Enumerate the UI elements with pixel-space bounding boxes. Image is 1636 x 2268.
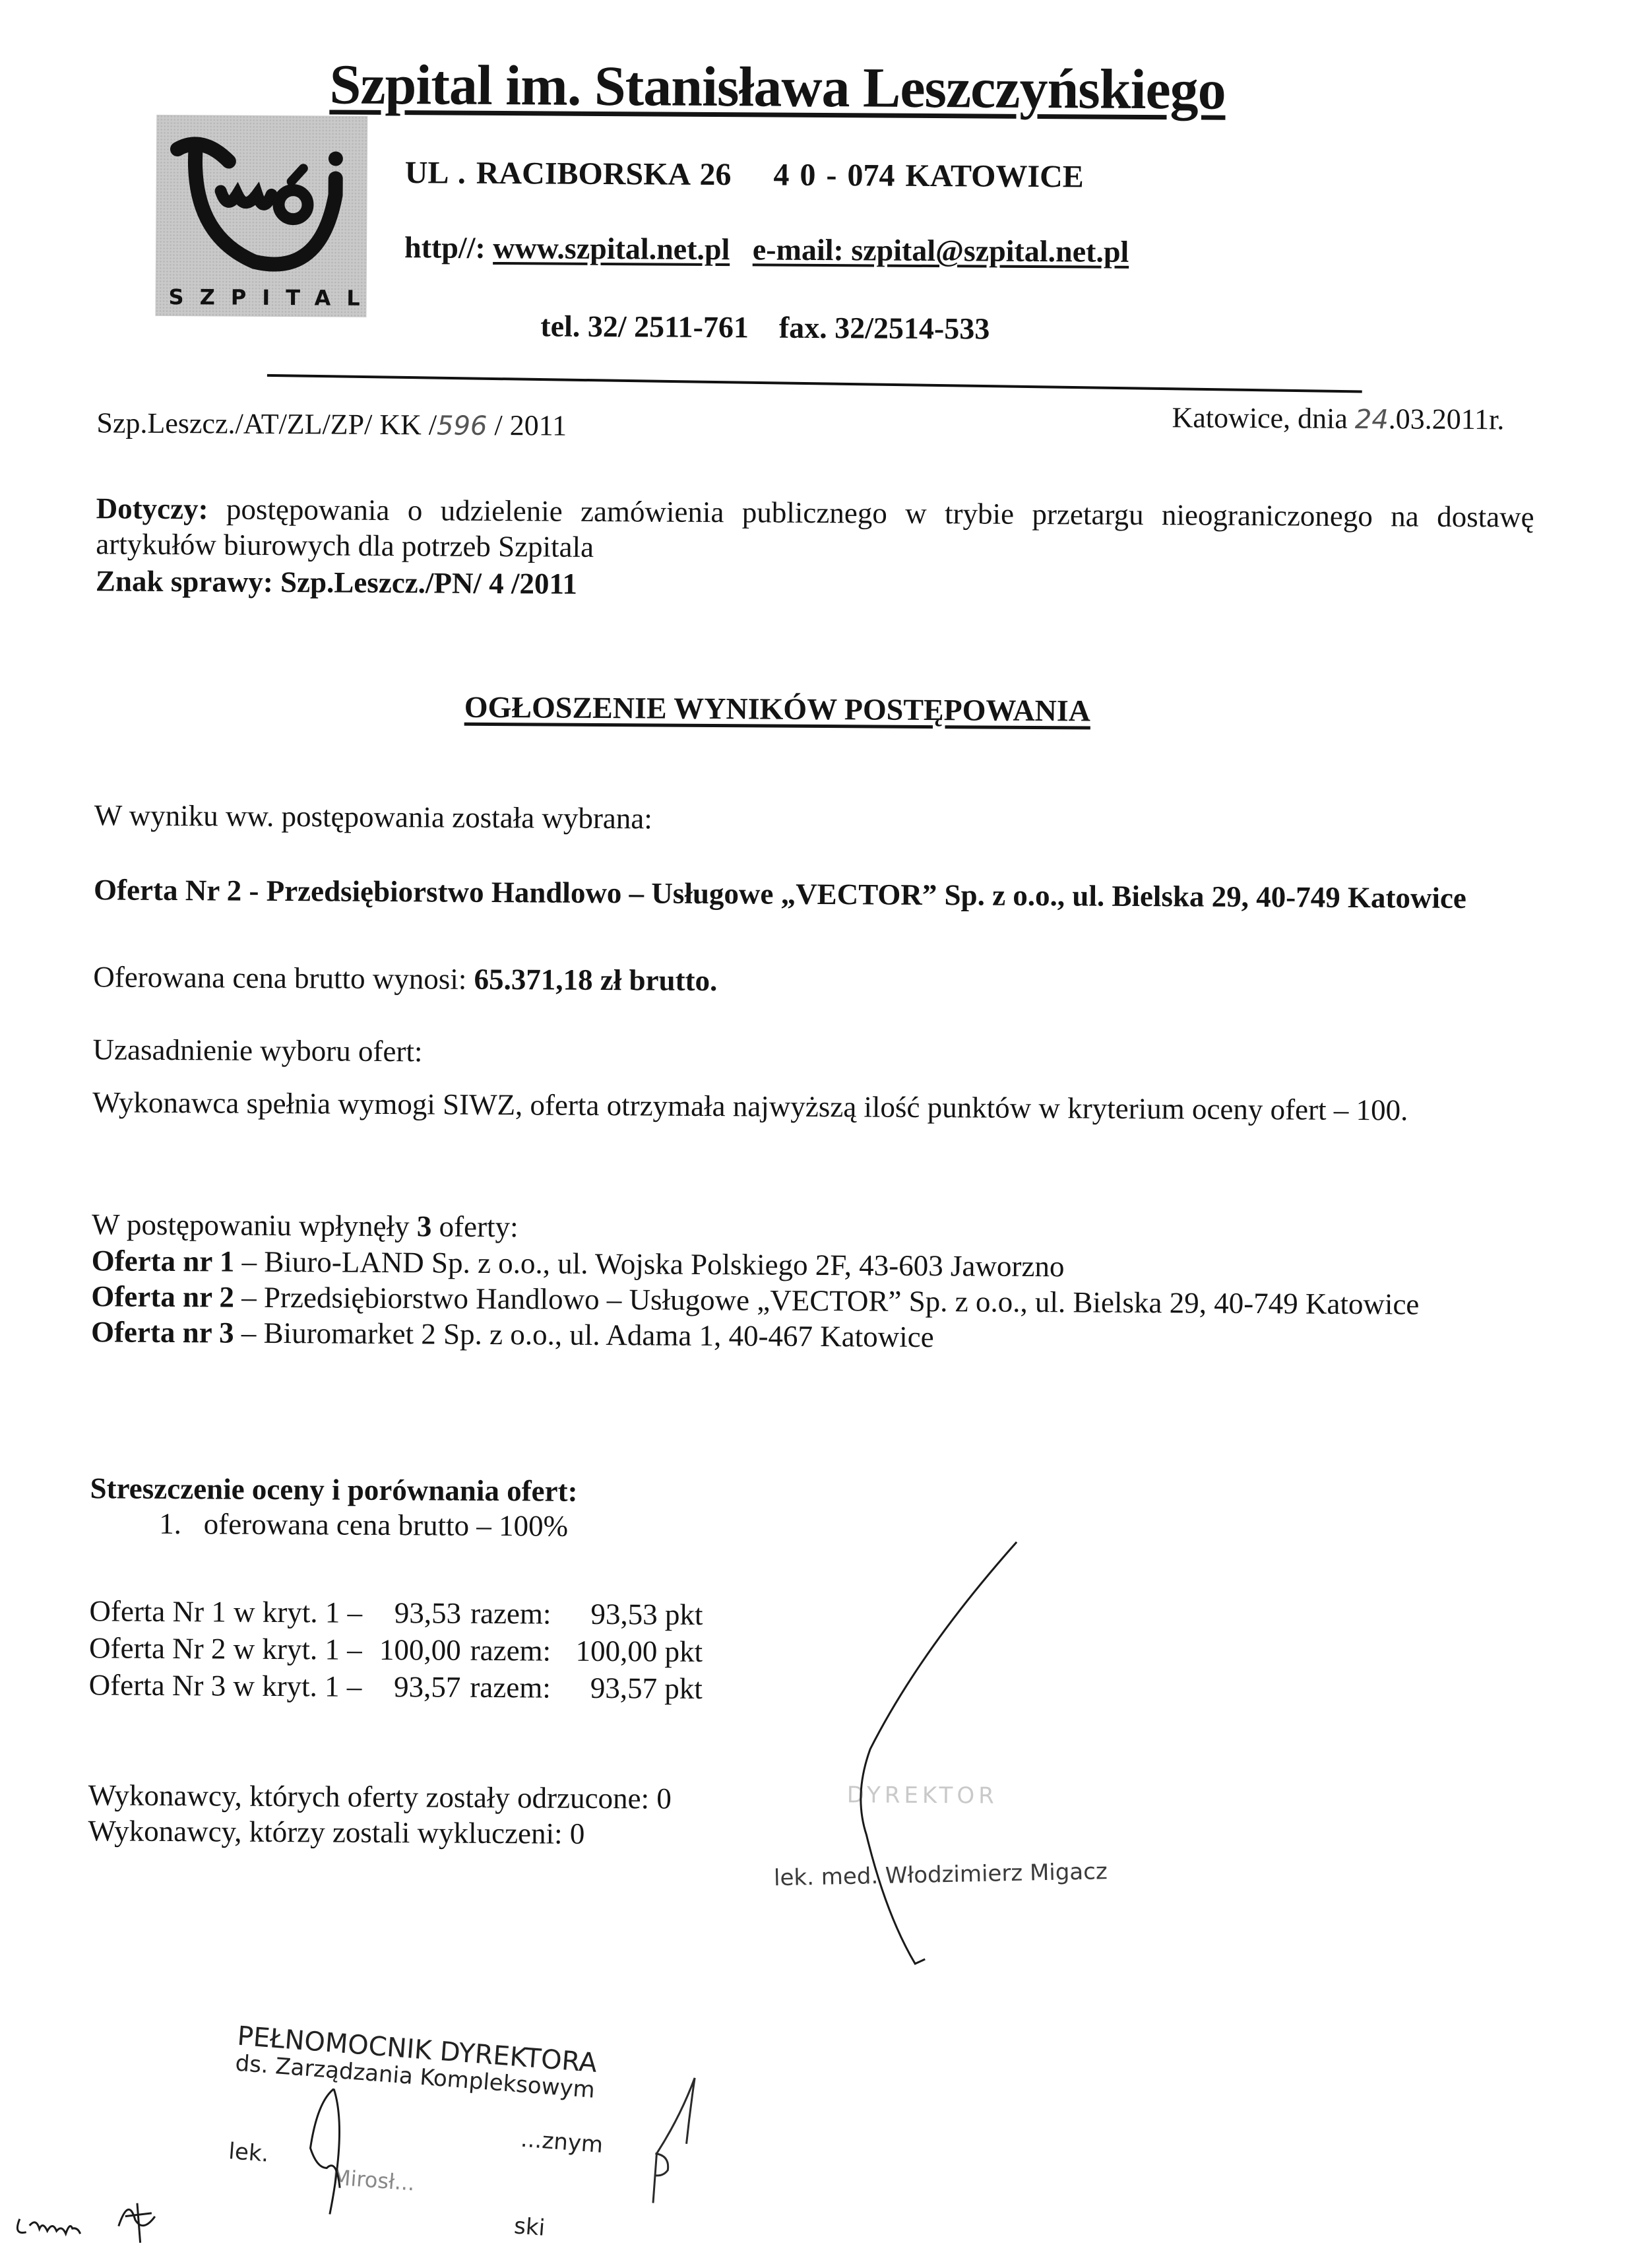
excluded-count: Wykonawcy, którzy zostali wykluczeni: 0 xyxy=(88,1813,671,1852)
initial-signature-icon xyxy=(653,2078,695,2203)
rejected-count: Wykonawcy, których oferty zostały odrzuc… xyxy=(88,1777,672,1816)
proxy-name: Mirosł... xyxy=(332,2164,416,2195)
score-criterion: 93,57 xyxy=(362,1668,460,1706)
fax: fax. 32/2514-533 xyxy=(779,311,990,346)
web-prefix: http//: xyxy=(404,230,493,265)
offer-label: Oferta nr 2 xyxy=(91,1280,234,1313)
score-label: Oferta Nr 1 w kryt. 1 – xyxy=(89,1592,362,1631)
hospital-name: Szpital im. Stanisława Leszczyńskiego xyxy=(329,51,1226,122)
criteria-item: 1. oferowana cena brutto – 100% xyxy=(159,1506,568,1544)
proxy-name-prefix: lek. xyxy=(228,2138,270,2168)
reference-prefix: Szp.Leszcz./AT/ZL/ZP/ KK / xyxy=(96,406,437,441)
criteria-number: 1. xyxy=(159,1507,181,1540)
header-divider xyxy=(267,374,1362,393)
telephone: tel. 32/ 2511-761 xyxy=(540,309,749,344)
director-name: lek. med. Włodzimierz Migacz xyxy=(774,1858,1108,1891)
table-row: Oferta Nr 1 w kryt. 1 – 93,53 razem: 93,… xyxy=(89,1592,703,1633)
score-criterion: 93,53 xyxy=(362,1594,461,1632)
logo-text: SZPITAL xyxy=(156,284,367,311)
document-page: Szpital im. Stanisława Leszczyńskiego SZ… xyxy=(0,0,1636,2268)
table-row: Oferta Nr 3 w kryt. 1 – 93,57 razem: 93,… xyxy=(89,1666,703,1707)
score-total-label: razem: xyxy=(460,1669,551,1706)
subject-text: postępowania o udzielenie zamówienia pub… xyxy=(96,492,1534,564)
score-total: 93,53 pkt xyxy=(551,1596,703,1633)
twoj-logo-icon xyxy=(156,115,368,281)
winning-price: Oferowana cena brutto wynosi: 65.371,18 … xyxy=(93,959,717,998)
date-prefix: Katowice, dnia xyxy=(1172,401,1355,435)
scores-table: Oferta Nr 1 w kryt. 1 – 93,53 razem: 93,… xyxy=(89,1592,703,1707)
address-street: UL . RACIBORSKA 26 xyxy=(405,155,732,192)
evaluation-heading: Streszczenie oceny i porównania ofert: xyxy=(90,1470,577,1509)
offer-label: Oferta nr 1 xyxy=(92,1244,235,1278)
offer-text: – Biuromarket 2 Sp. z o.o., ul. Adama 1,… xyxy=(234,1316,933,1353)
rejected-excluded: Wykonawcy, których oferty zostały odrzuc… xyxy=(88,1777,672,1852)
address-line: UL . RACIBORSKA 26 4 0 - 074 KATOWICE xyxy=(405,154,1084,195)
proxy-name-suffix: ski xyxy=(513,2213,546,2241)
hospital-logo: SZPITAL xyxy=(155,115,367,317)
case-number: Znak sprawy: Szp.Leszcz./PN/ 4 /2011 xyxy=(96,563,577,601)
selection-intro: W wyniku ww. postępowania została wybran… xyxy=(94,797,652,836)
contact-phone-line: tel. 32/ 2511-761 fax. 32/2514-533 xyxy=(540,308,990,346)
table-row: Oferta Nr 2 w kryt. 1 – 100,00 razem: 10… xyxy=(89,1629,703,1670)
score-total: 100,00 pkt xyxy=(551,1633,703,1670)
director-stamp: DYREKTOR lek. med. Włodzimierz Migacz xyxy=(774,1782,1117,1889)
offers-list: Oferta nr 1 – Biuro-LAND Sp. z o.o., ul.… xyxy=(91,1243,1523,1358)
director-signature-icon xyxy=(860,1541,1017,1964)
address-city: 4 0 - 074 KATOWICE xyxy=(773,158,1084,195)
received-suffix: oferty: xyxy=(431,1210,519,1243)
document-date: Katowice, dnia 24.03.2011r. xyxy=(1172,401,1504,436)
date-suffix: .03.2011r. xyxy=(1389,403,1505,436)
reference-handwritten-number: 596 xyxy=(437,410,488,441)
offer-text: – Przedsiębiorstwo Handlowo – Usługowe „… xyxy=(234,1281,1420,1321)
contact-web-line: http//: www.szpital.net.pl e-mail: szpit… xyxy=(404,230,1129,269)
website-link[interactable]: www.szpital.net.pl xyxy=(493,231,730,266)
offer-text: – Biuro-LAND Sp. z o.o., ul. Wojska Pols… xyxy=(234,1245,1064,1283)
reference-suffix: / 2011 xyxy=(487,409,567,442)
criteria-text: oferowana cena brutto – 100% xyxy=(204,1507,569,1542)
proxy-stamp: PEŁNOMOCNIK DYREKTORA ds. Zarządzania Ko… xyxy=(222,2021,633,2268)
proxy-department-cont: ...znym xyxy=(520,2126,604,2158)
justification-text: Wykonawca spełnia wymogi SIWZ, oferta ot… xyxy=(92,1084,1524,1128)
received-count: 3 xyxy=(417,1210,432,1243)
score-total: 93,57 pkt xyxy=(551,1669,703,1707)
subject: Dotyczy: postępowania o udzielenie zamów… xyxy=(96,490,1534,570)
winning-offer: Oferta Nr 2 - Przedsiębiorstwo Handlowo … xyxy=(94,872,1525,916)
reference-number: Szp.Leszcz./AT/ZL/ZP/ KK /596 / 2011 xyxy=(96,406,567,442)
price-value: 65.371,18 zł brutto. xyxy=(474,963,717,997)
score-label: Oferta Nr 2 w kryt. 1 – xyxy=(89,1629,362,1668)
score-criterion: 100,00 xyxy=(362,1631,461,1669)
offer-label: Oferta nr 3 xyxy=(91,1315,234,1349)
price-label: Oferowana cena brutto wynosi: xyxy=(93,960,474,996)
justification-heading: Uzasadnienie wyboru ofert: xyxy=(92,1031,422,1069)
received-offers-heading: W postępowaniu wpłynęły 3 oferty: xyxy=(92,1206,519,1245)
subject-label: Dotyczy: xyxy=(96,492,208,525)
page-title: OGŁOSZENIE WYNIKÓW POSTĘPOWANIA xyxy=(464,690,1090,729)
score-total-label: razem: xyxy=(461,1632,551,1669)
score-total-label: razem: xyxy=(461,1595,551,1633)
email-link[interactable]: e-mail: szpital@szpital.net.pl xyxy=(753,232,1129,268)
score-label: Oferta Nr 3 w kryt. 1 – xyxy=(89,1666,362,1705)
date-handwritten-day: 24 xyxy=(1355,405,1389,435)
handwritten-note-icon xyxy=(17,2203,155,2243)
received-prefix: W postępowaniu wpłynęły xyxy=(92,1208,417,1243)
director-title: DYREKTOR xyxy=(847,1782,998,1809)
